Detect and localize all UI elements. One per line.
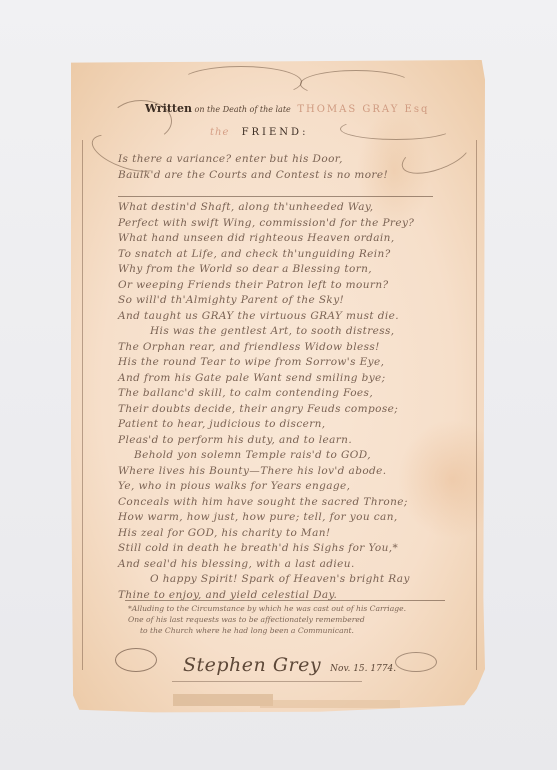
- flourish-right: [340, 118, 452, 140]
- verse-line: Or weeping Friends their Patron left to …: [118, 278, 458, 294]
- divider-rule: [118, 196, 433, 197]
- verse-line: His was the gentlest Art, to sooth distr…: [118, 324, 458, 340]
- footnote-line: to the Church where he had long been a C…: [128, 625, 458, 636]
- signature-rule: [172, 681, 362, 682]
- signature-date: Nov. 15. 1774.: [330, 664, 396, 674]
- stanza-4: Behold yon solemn Temple rais'd to GOD, …: [118, 448, 458, 572]
- verse-line: Behold yon solemn Temple rais'd to GOD,: [118, 448, 458, 464]
- verse-line: Their doubts decide, their angry Feuds c…: [118, 402, 458, 418]
- verse-line: So will'd th'Almighty Parent of the Sky!: [118, 293, 458, 309]
- stanza-5: O happy Spirit! Spark of Heaven's bright…: [118, 572, 458, 603]
- title-written: Written: [145, 102, 192, 115]
- verse-line: What hand unseen did righteous Heaven or…: [118, 231, 458, 247]
- flourish-top-right: [300, 70, 412, 98]
- flourish-bottom-left: [115, 648, 157, 672]
- paper-tear: [260, 700, 400, 708]
- footnote-line: One of his last requests was to be affec…: [128, 614, 458, 625]
- footnote: *Alluding to the Circumstance by which h…: [128, 603, 458, 636]
- signature-block: Stephen Grey Nov. 15. 1774.: [183, 654, 396, 676]
- verse-line: How warm, how just, how pure; tell, for …: [118, 510, 458, 526]
- subject-name: THOMAS GRAY Esq: [297, 104, 429, 115]
- title-rest: on the Death of the late: [195, 105, 291, 114]
- divider-rule: [125, 600, 445, 601]
- stanza-1: Is there a variance? enter but his Door,…: [118, 152, 458, 183]
- verse-line: His zeal for GOD, his charity to Man!: [118, 526, 458, 542]
- verse-line: What destin'd Shaft, along th'unheeded W…: [118, 200, 458, 216]
- verse-line: Patient to hear, judicious to discern,: [118, 417, 458, 433]
- verse-line: Ye, who in pious walks for Years engage,: [118, 479, 458, 495]
- verse-line: His the round Tear to wipe from Sorrow's…: [118, 355, 458, 371]
- verse-line: To snatch at Life, and check th'unguidin…: [118, 247, 458, 263]
- footnote-line: *Alluding to the Circumstance by which h…: [128, 603, 458, 614]
- verse-line: Is there a variance? enter but his Door,: [118, 152, 458, 168]
- verse-line: Where lives his Bounty—There his lov'd a…: [118, 464, 458, 480]
- verse-line: Pleas'd to perform his duty, and to lear…: [118, 433, 458, 449]
- verse-line: And from his Gate pale Want send smiling…: [118, 371, 458, 387]
- verse-line: And taught us GRAY the virtuous GRAY mus…: [118, 309, 458, 325]
- verse-line: Perfect with swift Wing, commission'd fo…: [118, 216, 458, 232]
- document-subtitle: the FRIEND:: [210, 127, 308, 138]
- verse-line: The ballanc'd skill, to calm contending …: [118, 386, 458, 402]
- verse-line: Why from the World so dear a Blessing to…: [118, 262, 458, 278]
- left-border-vine: [82, 140, 97, 670]
- verse-line: Conceals with him have sought the sacred…: [118, 495, 458, 511]
- verse-line: The Orphan rear, and friendless Widow bl…: [118, 340, 458, 356]
- verse-line: And seal'd his blessing, with a last adi…: [118, 557, 458, 573]
- friend-label: FRIEND:: [242, 127, 309, 138]
- document-title: Written on the Death of the late THOMAS …: [145, 102, 429, 115]
- friend-prefix: the: [210, 127, 229, 138]
- paper-tear: [173, 694, 273, 706]
- flourish-bottom-right: [395, 652, 437, 672]
- verse-line: Still cold in death he breath'd his Sigh…: [118, 541, 458, 557]
- stanza-2: What destin'd Shaft, along th'unheeded W…: [118, 200, 458, 324]
- verse-line: Baulk'd are the Courts and Contest is no…: [118, 168, 458, 184]
- flourish-top-left: [180, 66, 302, 98]
- verse-line: O happy Spirit! Spark of Heaven's bright…: [118, 572, 458, 588]
- signature-name: Stephen Grey: [183, 654, 321, 676]
- stanza-3: His was the gentlest Art, to sooth distr…: [118, 324, 458, 448]
- right-border-vine: [462, 140, 477, 670]
